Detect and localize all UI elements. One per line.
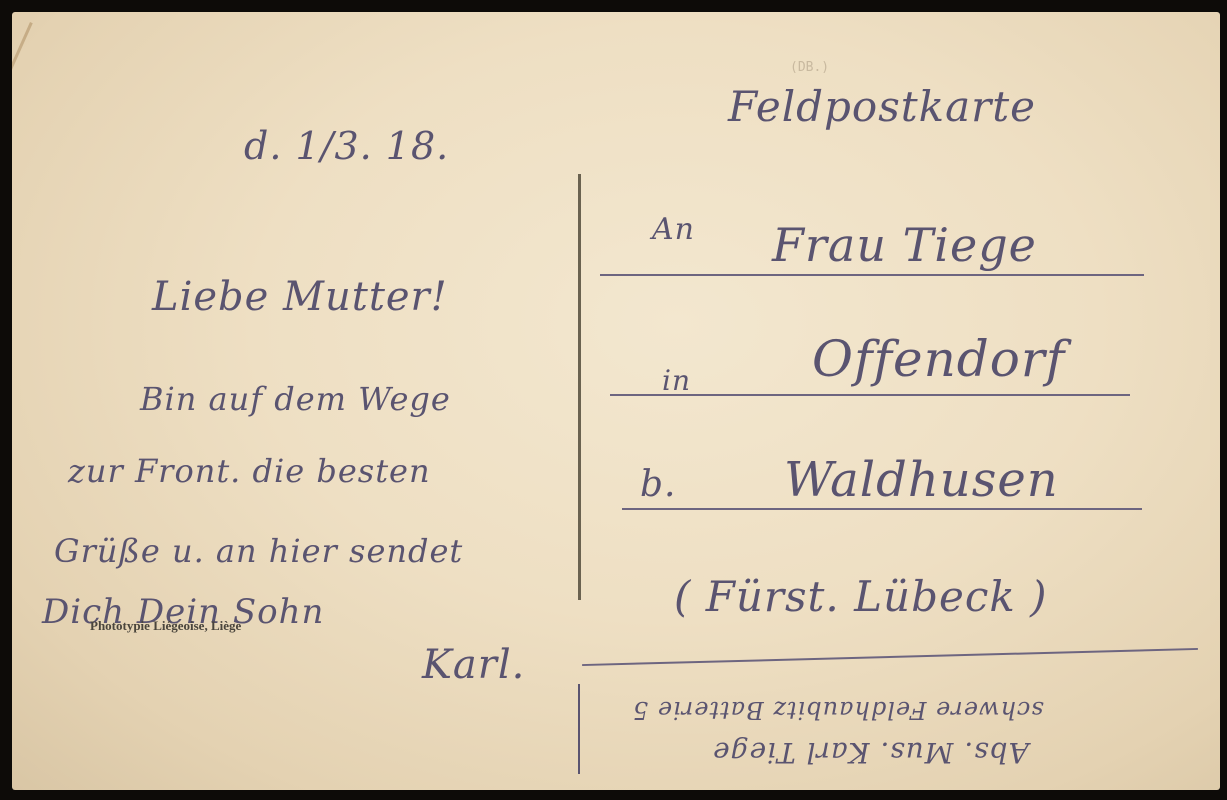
message-line-1: Bin auf dem Wege <box>140 380 451 418</box>
faint-postmark: (DB.) <box>790 60 829 75</box>
town: Offendorf <box>812 330 1065 388</box>
paper-crease <box>12 22 33 270</box>
near-town: Waldhusen <box>784 452 1059 508</box>
feldpostkarte-header: Feldpostkarte <box>728 82 1036 131</box>
region: ( Fürst. Lübeck ) <box>674 572 1048 621</box>
postcard: (DB.) d. 1/3. 18. Liebe Mutter! Bin auf … <box>12 12 1220 790</box>
signature: Karl. <box>422 642 525 688</box>
address-line-1 <box>600 274 1144 276</box>
sender-line-2: schwere Feldhaubitz Batterie 5 <box>632 696 1044 724</box>
address-line-2 <box>610 394 1130 396</box>
date: d. 1/3. 18. <box>244 124 449 168</box>
prefix-in: in <box>662 364 691 397</box>
prefix-b: b. <box>640 464 677 505</box>
sender-box-line <box>582 648 1198 666</box>
sender-line-1: Abs. Mus. Karl Tiege <box>712 736 1029 769</box>
sender-box-edge <box>578 684 580 774</box>
salutation: An <box>652 212 695 247</box>
recipient-name: Frau Tiege <box>772 218 1037 272</box>
message-line-2: zur Front. die besten <box>68 452 431 490</box>
divider-line <box>578 174 581 600</box>
address-line-3 <box>622 508 1142 510</box>
message-line-3: Grüße u. an hier sendet <box>54 532 463 570</box>
greeting: Liebe Mutter! <box>152 274 448 320</box>
printer-imprint: Phototypie Liégeoise, Liège <box>90 618 241 634</box>
